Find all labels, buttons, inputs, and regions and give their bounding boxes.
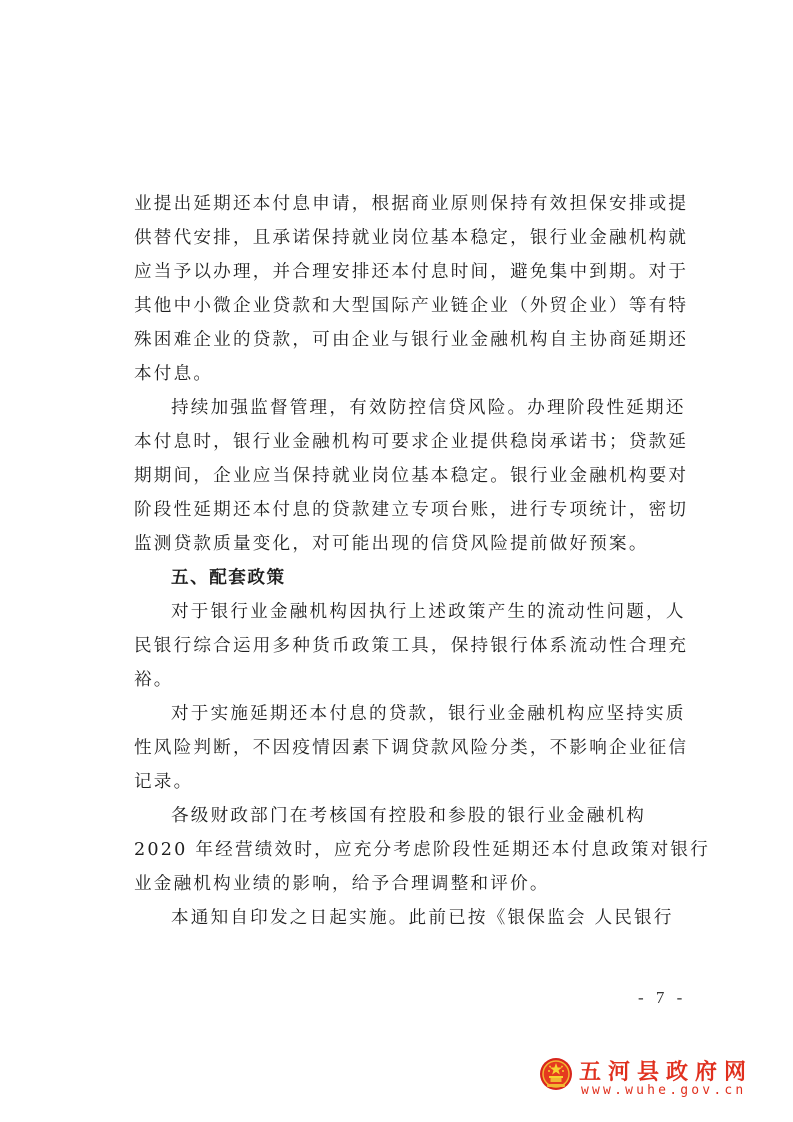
section-heading: 五、配套政策 [134, 561, 664, 595]
paragraph: 业提出延期还本付息申请，根据商业原则保持有效担保安排或提 供替代安排，且承诺保持… [134, 187, 664, 391]
page-number: - 7 - [638, 988, 686, 1008]
watermark-url: www.wuhe.gov.cn [581, 1083, 746, 1098]
document-page: 业提出延期还本付息申请，根据商业原则保持有效担保安排或提 供替代安排，且承诺保持… [0, 0, 793, 1122]
text-line: 性风险判断，不因疫情因素下调贷款风险分类，不影响企业征信 [134, 731, 664, 765]
text-line: 业金融机构业绩的影响，给予合理调整和评价。 [134, 867, 664, 901]
text-line: 应当予以办理，并合理安排还本付息时间，避免集中到期。对于 [134, 255, 664, 289]
text-line: 各级财政部门在考核国有控股和参股的银行业金融机构 [134, 799, 664, 833]
paragraph: 持续加强监督管理，有效防控信贷风险。办理阶段性延期还 本付息时，银行业金融机构可… [134, 391, 664, 561]
text-line: 供替代安排，且承诺保持就业岗位基本稳定，银行业金融机构就 [134, 221, 664, 255]
text-line: 业提出延期还本付息申请，根据商业原则保持有效担保安排或提 [134, 187, 664, 221]
text-line: 记录。 [134, 765, 664, 799]
paragraph: 本通知自印发之日起实施。此前已按《银保监会 人民银行 [134, 901, 664, 935]
paragraph: 各级财政部门在考核国有控股和参股的银行业金融机构 2020 年经营绩效时，应充分… [134, 799, 664, 901]
text-line: 本付息时，银行业金融机构可要求企业提供稳岗承诺书；贷款延 [134, 425, 664, 459]
text-line: 2020 年经营绩效时，应充分考虑阶段性延期还本付息政策对银行 [134, 833, 664, 867]
text-line: 期期间，企业应当保持就业岗位基本稳定。银行业金融机构要对 [134, 459, 664, 493]
text-line: 对于银行业金融机构因执行上述政策产生的流动性问题，人 [134, 595, 664, 629]
site-watermark: 五河县政府网 www.wuhe.gov.cn [538, 1057, 758, 1107]
text-line: 其他中小微企业贷款和大型国际产业链企业（外贸企业）等有特 [134, 289, 664, 323]
section-heading-text: 五、配套政策 [134, 561, 664, 595]
text-line: 本通知自印发之日起实施。此前已按《银保监会 人民银行 [134, 901, 664, 935]
text-line: 监测贷款质量变化，对可能出现的信贷风险提前做好预案。 [134, 527, 664, 561]
text-line: 殊困难企业的贷款，可由企业与银行业金融机构自主协商延期还 [134, 323, 664, 357]
paragraph: 对于实施延期还本付息的贷款，银行业金融机构应坚持实质 性风险判断，不因疫情因素下… [134, 697, 664, 799]
text-line: 民银行综合运用多种货币政策工具，保持银行体系流动性合理充 [134, 629, 664, 663]
text-line: 本付息。 [134, 357, 664, 391]
text-line: 持续加强监督管理，有效防控信贷风险。办理阶段性延期还 [134, 391, 664, 425]
document-body: 业提出延期还本付息申请，根据商业原则保持有效担保安排或提 供替代安排，且承诺保持… [134, 187, 664, 935]
national-emblem-icon [538, 1057, 574, 1093]
watermark-title: 五河县政府网 [579, 1055, 753, 1086]
paragraph: 对于银行业金融机构因执行上述政策产生的流动性问题，人 民银行综合运用多种货币政策… [134, 595, 664, 697]
text-line: 对于实施延期还本付息的贷款，银行业金融机构应坚持实质 [134, 697, 664, 731]
text-line: 阶段性延期还本付息的贷款建立专项台账，进行专项统计，密切 [134, 493, 664, 527]
text-line: 裕。 [134, 663, 664, 697]
